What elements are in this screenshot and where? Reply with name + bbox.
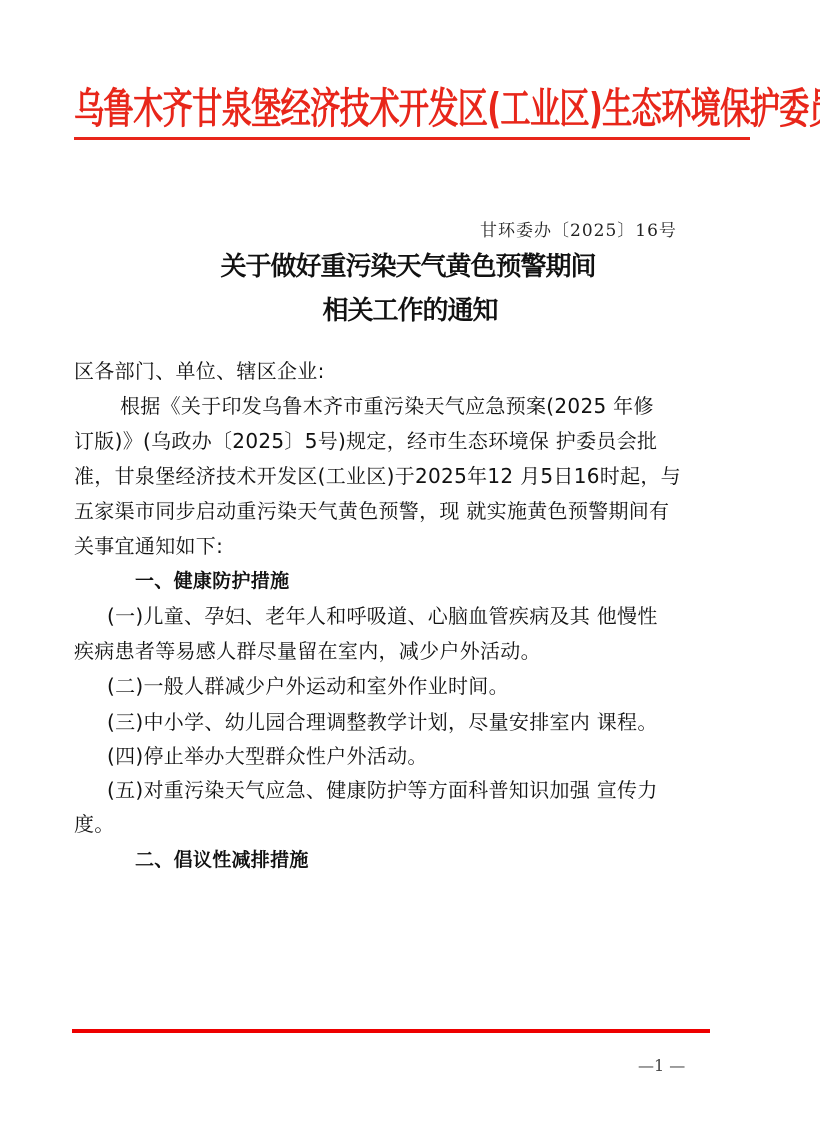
section-line: (三)中小学、幼儿园合理调整教学计划，尽量安排室内 课程。	[107, 706, 658, 735]
document-page: 乌鲁木齐甘泉堡经济技术开发区(工业区)生态环境保护委员会办公室 甘环委办〔202…	[0, 0, 820, 1141]
page-number: —1 —	[638, 1056, 685, 1075]
intro-line: 根据《关于印发乌鲁木齐市重污染天气应急预案(2025 年修	[120, 390, 654, 419]
section-line: 疾病患者等易感人群尽量留在室内，减少户外活动。	[74, 635, 541, 664]
document-title-line-2: 相关工作的通知	[0, 290, 820, 327]
intro-line: 准，甘泉堡经济技术开发区(工业区)于2025年12 月5日16时起，与	[74, 460, 681, 489]
section-heading-health: 一、健康防护措施	[135, 566, 289, 593]
organization-name: 乌鲁木齐甘泉堡经济技术开发区(工业区)生态环境保护委员会办公室	[74, 84, 820, 134]
organization-header: 乌鲁木齐甘泉堡经济技术开发区(工业区)生态环境保护委员会办公室	[74, 84, 754, 134]
section-line: (五)对重污染天气应急、健康防护等方面科普知识加强 宣传力	[107, 774, 658, 803]
intro-line: 订版)》(乌政办〔2025〕5号)规定，经市生态环境保 护委员会批	[74, 425, 657, 454]
document-title-line-1: 关于做好重污染天气黄色预警期间	[0, 246, 818, 283]
document-number: 甘环委办〔2025〕16号	[480, 216, 677, 241]
section-line: (一)儿童、孕妇、老年人和呼吸道、心脑血管疾病及其 他慢性	[107, 600, 658, 629]
footer-red-rule	[72, 1029, 710, 1033]
header-red-rule	[74, 137, 750, 140]
intro-line: 五家渠市同步启动重污染天气黄色预警，现 就实施黄色预警期间有	[74, 495, 669, 524]
section-heading-emission-reduction: 二、倡议性减排措施	[135, 845, 309, 872]
section-line: 度。	[74, 808, 115, 837]
section-line: (四)停止举办大型群众性户外活动。	[107, 740, 428, 769]
salutation: 区各部门、单位、辖区企业:	[74, 355, 325, 384]
intro-line: 关事宜通知如下:	[74, 530, 223, 559]
section-line: (二)一般人群减少户外运动和室外作业时间。	[107, 670, 509, 699]
